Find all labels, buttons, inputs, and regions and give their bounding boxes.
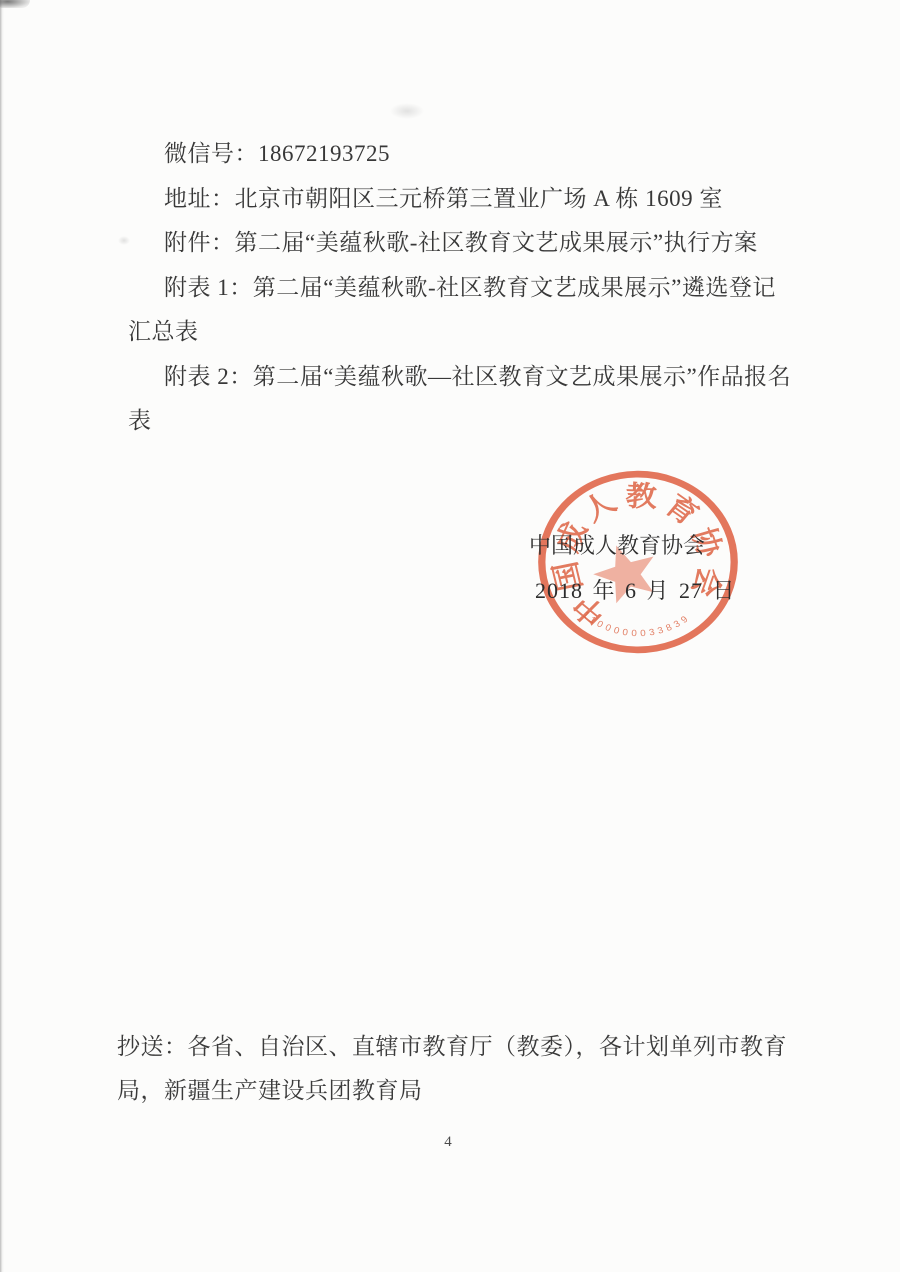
scan-smudge bbox=[118, 236, 130, 245]
body-line-schedule-2: 附表 2：第二届“美蕴秋歌—社区教育文艺成果展示”作品报名 bbox=[164, 358, 791, 391]
seal-ring-char: 教 bbox=[625, 481, 658, 514]
page-number: 4 bbox=[436, 1134, 460, 1151]
official-seal: 中 国 成 人 教 育 协 会 1100000033839 bbox=[534, 467, 742, 657]
body-line-wechat: 微信号：18672193725 bbox=[164, 135, 390, 168]
scan-corner-artifact bbox=[0, 0, 30, 8]
body-line-address: 地址：北京市朝阳区三元桥第三置业广场 A 栋 1609 室 bbox=[164, 180, 723, 213]
cc-line: 抄送：各省、自治区、直辖市教育厅（教委），各计划单列市教育 bbox=[117, 1028, 787, 1061]
scan-edge-shadow bbox=[0, 0, 4, 1272]
body-line-schedule-1: 附表 1：第二届“美蕴秋歌-社区教育文艺成果展示”遴选登记 bbox=[164, 269, 776, 302]
cc-line: 局，新疆生产建设兵团教育局 bbox=[117, 1072, 423, 1105]
body-line-schedule-2-cont: 表 bbox=[128, 402, 152, 435]
seal-graphic: 中 国 成 人 教 育 协 会 1100000033839 bbox=[534, 467, 742, 657]
scanned-document-page: 微信号：18672193725 地址：北京市朝阳区三元桥第三置业广场 A 栋 1… bbox=[0, 0, 900, 1272]
signature-date: 2018 年 6 月 27 日 bbox=[535, 574, 736, 605]
scan-smudge bbox=[390, 103, 424, 119]
body-line-attachment: 附件：第二届“美蕴秋歌-社区教育文艺成果展示”执行方案 bbox=[164, 224, 758, 257]
body-line-schedule-1-cont: 汇总表 bbox=[128, 313, 199, 346]
signature-org: 中国成人教育协会 bbox=[529, 529, 705, 560]
